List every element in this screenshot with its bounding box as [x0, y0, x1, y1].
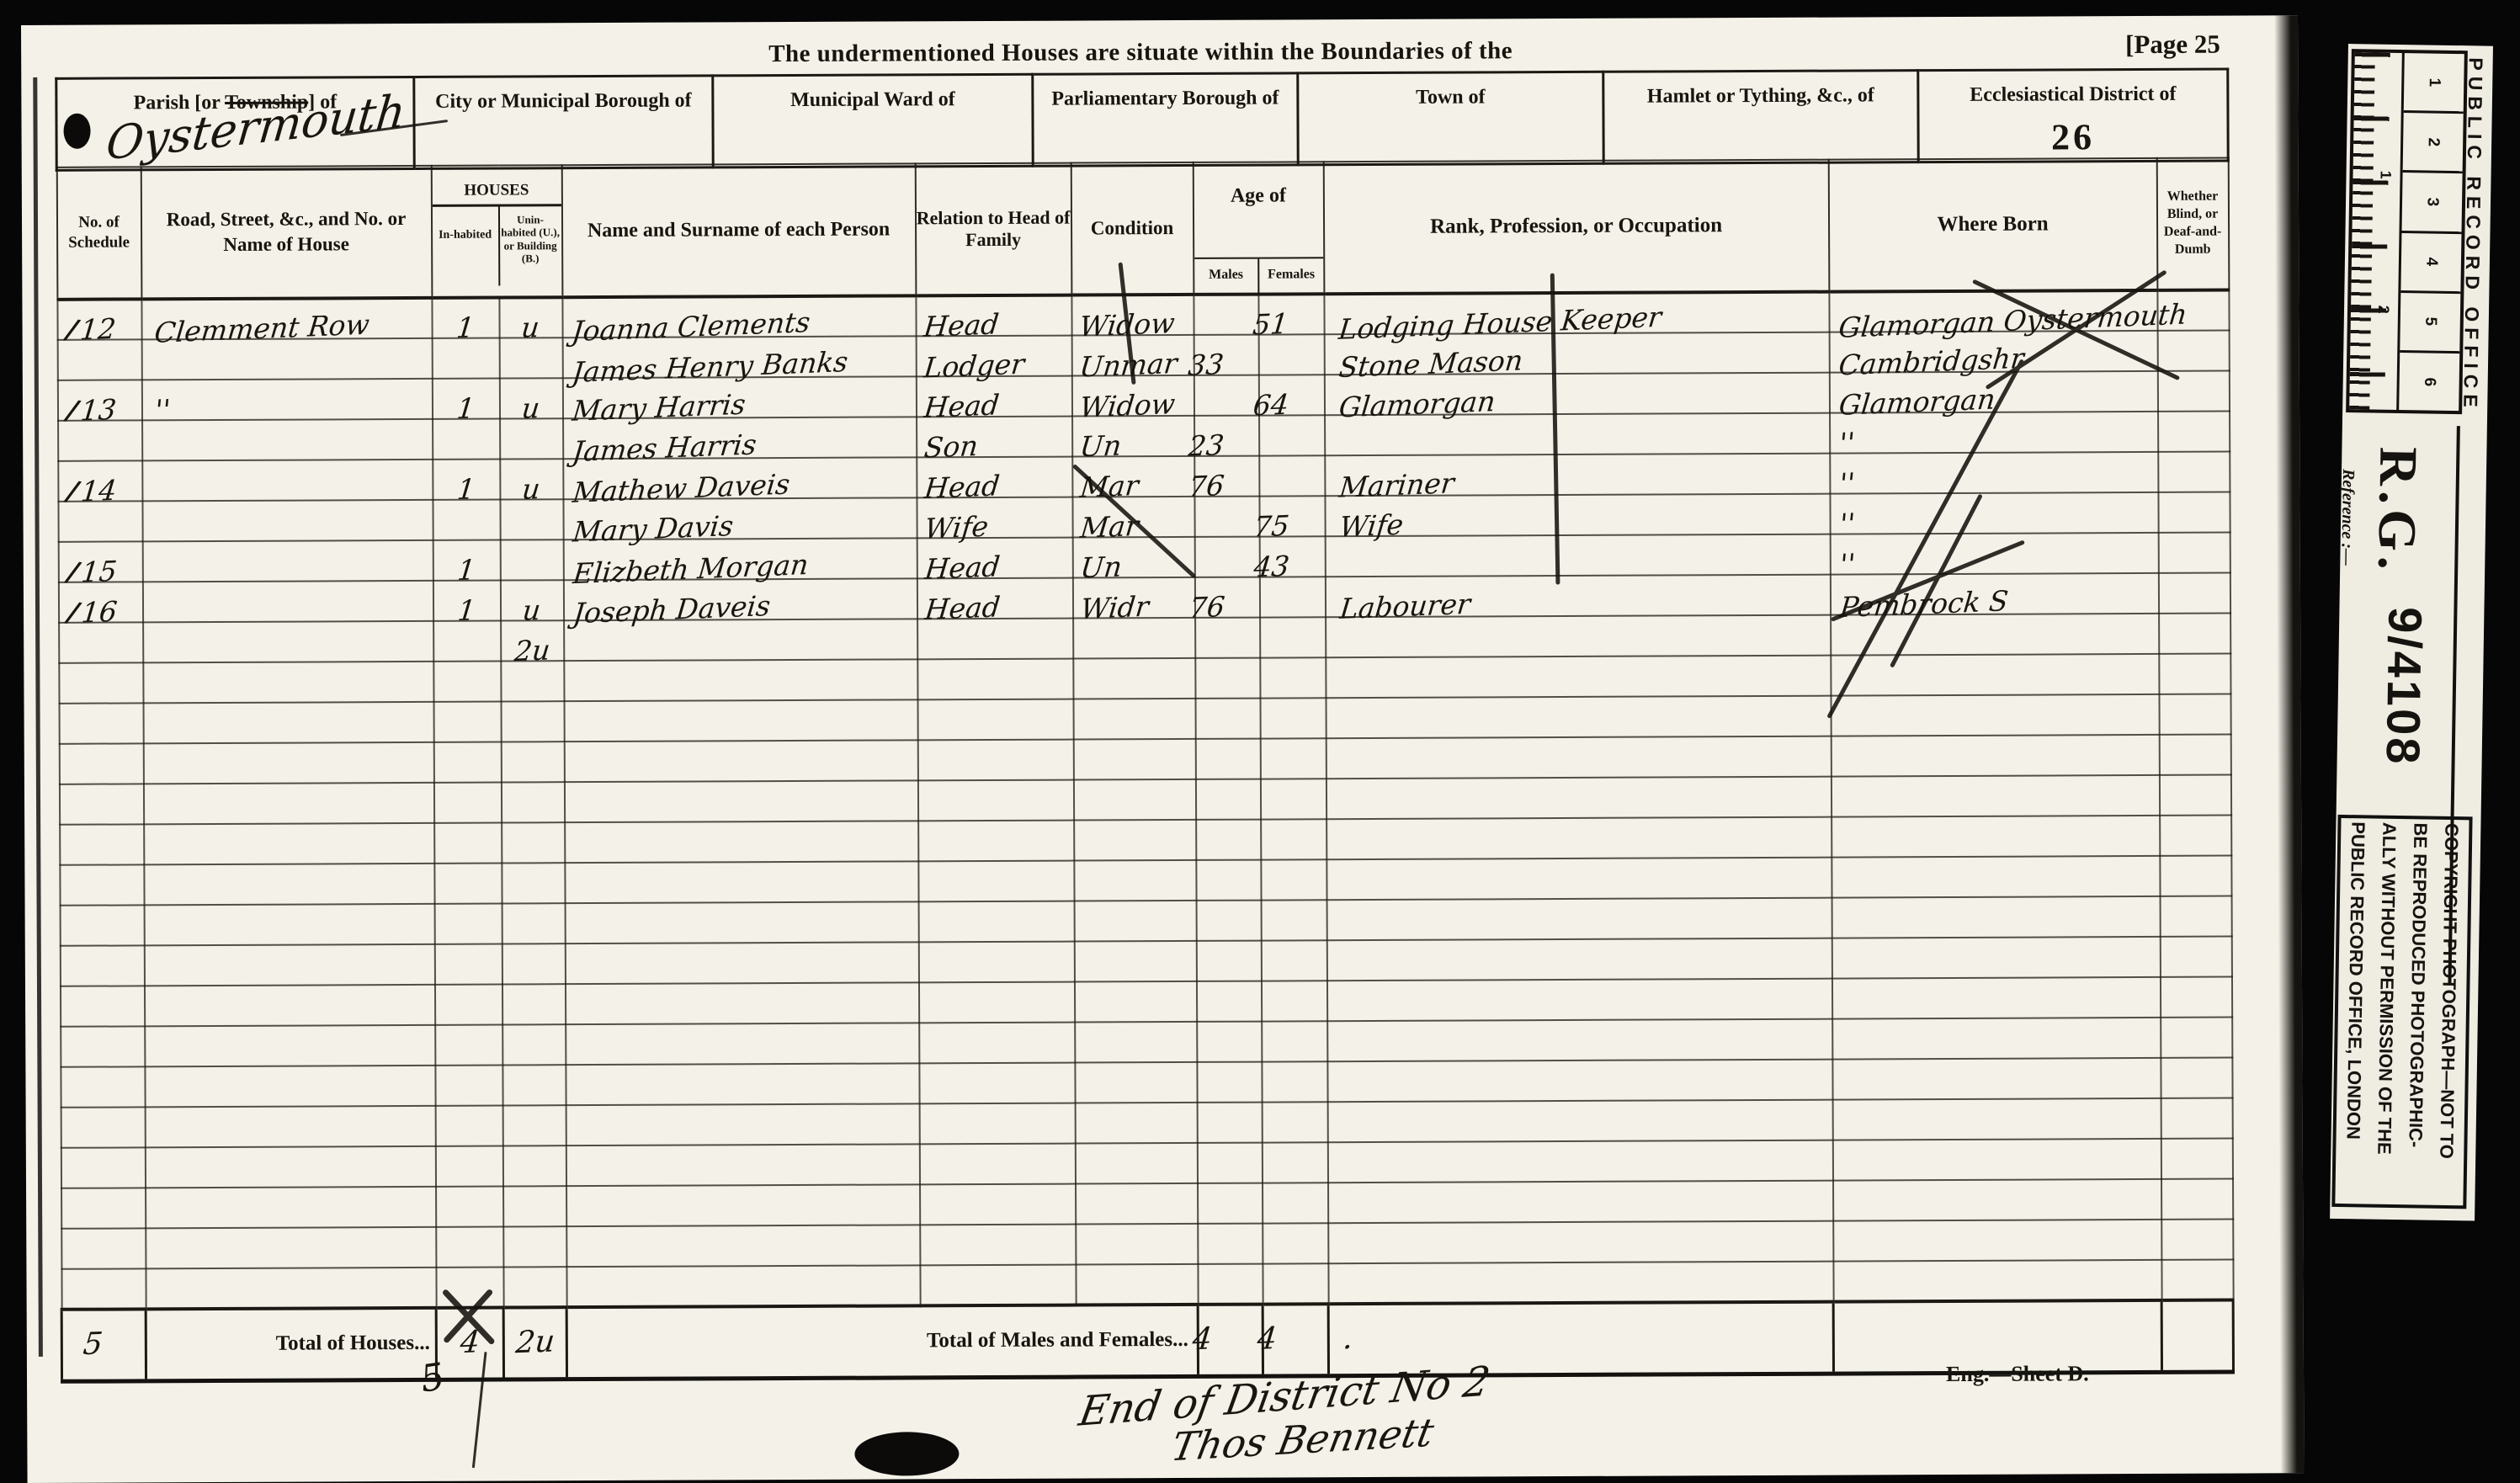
cell-uninhabited: u: [499, 378, 562, 418]
cell-occupation: Lodging House Keeper: [1324, 292, 1829, 335]
copyright-line: COPYRIGHT PHOTOGRAPH—NOT TO: [2430, 823, 2467, 1203]
ruler-number-cells: 1 2 3 4 5 6: [2399, 53, 2464, 411]
cell-road: [146, 1187, 436, 1229]
cell-inhabited: [432, 338, 499, 379]
cell-road: [143, 783, 433, 825]
cell-where-born: [1832, 816, 2160, 858]
ecclesiastical-label: Ecclesiastical District of: [1970, 83, 2176, 106]
column-headers: No. of Schedule Road, Street, &c., and N…: [56, 158, 2229, 300]
cell-inhabited: [435, 1025, 502, 1066]
cell-schedule: [61, 1066, 145, 1107]
cell-occupation: [1327, 1019, 1832, 1062]
cell-uninhabited: [502, 1024, 566, 1065]
table-row: /16 1 u Joseph Daveis Head Widr 76 Labou…: [58, 573, 2230, 623]
totals-males-cell: 4: [1198, 1305, 1263, 1376]
cell-where-born: [1833, 1179, 2161, 1221]
cell-age-male: [1195, 658, 1260, 699]
reference-label: Reference :—: [2337, 469, 2358, 566]
cell-infirmity: [2160, 856, 2231, 896]
cell-age-female: [1261, 981, 1326, 1021]
cell-age-female: [1261, 859, 1326, 900]
cell-road: [145, 1146, 435, 1188]
cell-uninhabited: [502, 903, 565, 943]
ruler-cell: 6: [2399, 353, 2459, 411]
cell-road: [144, 944, 434, 986]
total-males-females-label: Total of Males and Females...: [566, 1305, 1198, 1379]
ruler-scale-mark: 2: [2374, 306, 2392, 314]
hamlet-header-cell: Hamlet or Tything, &c., of: [1603, 71, 1918, 163]
public-record-office-stamp: PUBLIC RECORD OFFICE: [2459, 57, 2487, 424]
table-row: /12 Clemment Row 1 u Joanna Clements Hea…: [57, 290, 2229, 340]
cell-relation: [918, 821, 1074, 862]
cell-age-female: [1261, 940, 1326, 981]
cell-name: [564, 659, 917, 701]
cell-age-female: 64: [1258, 375, 1324, 415]
census-sheet: The undermentioned Houses are situate wi…: [21, 15, 2305, 1483]
cell-uninhabited: [503, 1267, 566, 1307]
cell-schedule: [61, 1147, 145, 1188]
totals-males-value: 4: [1191, 1325, 1214, 1356]
cell-road: [144, 823, 434, 865]
cell-age-female: [1262, 1142, 1327, 1183]
cell-where-born: [1832, 1098, 2161, 1140]
cell-where-born: [1832, 1058, 2161, 1100]
ink-blot: [854, 1432, 959, 1476]
cell-condition: [1074, 820, 1196, 861]
sheet-title: The undermentioned Houses are situate wi…: [55, 35, 2226, 72]
cell-inhabited: 1: [433, 581, 500, 621]
cell-road: [146, 1227, 436, 1269]
cell-name: [566, 1023, 919, 1065]
cell-name: [566, 1103, 919, 1145]
col-header-name: Name and Surname of each Person: [561, 163, 916, 297]
cell-name: Joanna Clements: [562, 295, 916, 338]
town-header-cell: Town of: [1298, 72, 1603, 164]
cell-uninhabited: 2u: [501, 620, 564, 661]
cell-where-born: [1833, 1220, 2161, 1262]
cell-road: [144, 904, 434, 946]
schedule-number: 14: [79, 476, 117, 506]
cell-uninhabited: [502, 822, 565, 863]
cell-condition: [1076, 1224, 1198, 1265]
cell-age-male: [1198, 1264, 1263, 1305]
cell-uninhabited: [503, 1226, 566, 1267]
cell-age-male: 23: [1194, 416, 1259, 456]
ruler-cell: 4: [2400, 233, 2461, 294]
cell-age-female: [1261, 819, 1326, 859]
cell-age-female: [1263, 1263, 1328, 1304]
cell-occupation: [1326, 777, 1831, 820]
cell-road: [142, 500, 433, 542]
cell-where-born: Glamorgan Oystermouth: [1829, 290, 2157, 332]
cell-where-born: [1832, 896, 2160, 938]
cell-name: [564, 699, 917, 741]
cell-where-born: '': [1830, 533, 2158, 575]
cell-infirmity: [2160, 896, 2231, 937]
cell-relation: [918, 942, 1074, 983]
cell-occupation: [1327, 1060, 1832, 1103]
ruler-cell: 3: [2401, 173, 2462, 233]
cell-infirmity: [2158, 412, 2230, 452]
schedule-number: 12: [78, 315, 116, 344]
totals-uninhabited-cell: 2u: [503, 1307, 566, 1379]
cell-infirmity: [2159, 614, 2230, 654]
copyright-notice-box: COPYRIGHT PHOTOGRAPH—NOT TO BE REPRODUCE…: [2331, 815, 2472, 1209]
cell-condition: [1074, 941, 1196, 982]
cell-age-male: 76: [1194, 577, 1259, 618]
cell-occupation: Labourer: [1325, 575, 1830, 618]
cell-age-female: 75: [1259, 496, 1325, 536]
cell-age-male: [1196, 981, 1261, 1022]
cell-inhabited: [435, 1066, 502, 1106]
cell-uninhabited: u: [500, 459, 563, 499]
cell-name: [566, 1225, 920, 1267]
col-header-females: Females: [1259, 258, 1323, 292]
cell-age-female: 51: [1258, 294, 1324, 334]
enumeration-table: No. of Schedule Road, Street, &c., and N…: [56, 157, 2235, 1384]
total-of-houses-label: Total of Houses...: [146, 1308, 436, 1381]
cell-inhabited: [436, 1187, 503, 1227]
cell-road: [145, 1025, 435, 1067]
cell-age-female: [1260, 779, 1326, 819]
city-borough-header-cell: City or Municipal Borough of: [414, 76, 713, 168]
totals-females-value: 4: [1256, 1324, 1279, 1355]
cell-road: [142, 581, 433, 623]
cell-schedule: /15: [58, 541, 142, 582]
cell-uninhabited: [500, 540, 563, 580]
cell-where-born: [1831, 654, 2159, 696]
cell-infirmity: [2160, 977, 2231, 1018]
cell-inhabited: [433, 783, 501, 823]
cell-relation: Head: [916, 295, 1071, 337]
cell-age-male: [1197, 1062, 1262, 1103]
cell-age-male: [1195, 699, 1260, 739]
totals-dot-mark: .: [1342, 1324, 1354, 1355]
cell-relation: [920, 1184, 1076, 1225]
cell-relation: [919, 1103, 1075, 1145]
cell-schedule: [61, 1107, 145, 1147]
age-group-label: Age of: [1194, 162, 1323, 258]
cell-inhabited: [436, 1268, 503, 1308]
cell-where-born: [1833, 1260, 2161, 1302]
cell-road: Clemment Row: [141, 298, 432, 340]
cell-occupation: [1326, 656, 1831, 699]
cell-name: [564, 740, 917, 782]
cell-age-female: [1260, 657, 1326, 698]
cell-inhabited: [434, 904, 502, 944]
cell-where-born: [1832, 1139, 2161, 1181]
binding-rule: [33, 77, 43, 1357]
cell-relation: [917, 659, 1073, 700]
cell-uninhabited: [502, 943, 565, 984]
cell-condition: Widow: [1071, 295, 1194, 336]
cell-schedule: [61, 1188, 146, 1228]
cell-condition: [1075, 1143, 1197, 1184]
cell-inhabited: [436, 1227, 503, 1268]
cell-name: [566, 1144, 919, 1186]
census-rows: /12 Clemment Row 1 u Joanna Clements Hea…: [57, 290, 2233, 1310]
cell-road: [142, 419, 433, 461]
copyright-line: BE REPRODUCED PHOTOGRAPHIC-: [2399, 822, 2436, 1202]
cell-where-born: [1831, 735, 2159, 777]
cell-age-male: [1195, 739, 1260, 779]
cell-relation: [920, 1225, 1076, 1266]
cell-infirmity: [2161, 1260, 2233, 1300]
cell-uninhabited: [502, 863, 565, 903]
cell-age-male: [1195, 779, 1260, 820]
col-header-males: Males: [1194, 259, 1260, 293]
cell-road: [143, 702, 433, 744]
cell-condition: [1073, 658, 1195, 699]
cell-name: [565, 901, 918, 943]
record-group-stamp: R.G.: [2365, 446, 2429, 575]
cell-where-born: '': [1830, 452, 2158, 494]
cell-inhabited: 1: [432, 379, 499, 419]
cell-occupation: [1328, 1181, 1833, 1224]
col-header-houses-group: HOUSES In-habited Unin-habited (U.), or …: [431, 165, 562, 298]
totals-inhabited-cell: 4: [436, 1308, 503, 1379]
cell-condition: [1074, 860, 1196, 901]
cell-occupation: [1326, 696, 1831, 739]
cell-condition: [1075, 1103, 1197, 1144]
cell-occupation: Mariner: [1325, 454, 1830, 497]
municipal-ward-header-cell: Municipal Ward of: [713, 74, 1033, 167]
totals-row: 5 Total of Houses... 4 2u Total of Males…: [61, 1300, 2233, 1381]
cell-schedule: [59, 703, 143, 743]
cell-age-male: [1196, 820, 1261, 860]
cell-schedule: [60, 864, 144, 905]
cell-schedule: [60, 945, 144, 986]
cell-condition: [1076, 1183, 1198, 1225]
copyright-line: ALLY WITHOUT PERMISSION OF THE: [2368, 822, 2405, 1202]
cell-infirmity: [2161, 1220, 2233, 1260]
cell-occupation: [1328, 1221, 1833, 1264]
cell-road: [144, 864, 434, 906]
ruler-cell: 1: [2404, 53, 2464, 114]
cell-condition: [1074, 981, 1196, 1023]
cell-condition: [1073, 699, 1195, 740]
cell-uninhabited: [500, 499, 563, 540]
ruler-cell: 2: [2403, 113, 2464, 173]
cell-infirmity: [2160, 816, 2231, 856]
cell-age-female: [1259, 455, 1325, 496]
cell-uninhabited: u: [499, 297, 562, 338]
cell-uninhabited: [501, 741, 564, 782]
cell-inhabited: [434, 864, 502, 904]
cell-schedule: [59, 743, 143, 784]
cell-name: [566, 1063, 919, 1105]
cell-name: [565, 982, 918, 1024]
cell-where-born: '': [1830, 492, 2158, 534]
col-header-relation: Relation to Head of Family: [915, 163, 1071, 296]
cell-infirmity: [2158, 492, 2230, 533]
cell-inhabited: [435, 1106, 502, 1146]
cell-infirmity: [2159, 735, 2230, 775]
cell-age-male: [1198, 1183, 1263, 1224]
schedule-number: 15: [80, 557, 118, 587]
totals-schedule-mark-cell: 5: [61, 1309, 146, 1380]
archive-reference-strip: 1 2 1 2 3 4 5 6 PUBLIC RECORD OFFICE Ref…: [2330, 44, 2493, 1221]
cell-age-female: [1260, 738, 1326, 779]
ecclesiastical-district-header-cell: Ecclesiastical District of 26: [1918, 69, 2228, 162]
col-header-age-group: Age of Males Females: [1193, 162, 1324, 295]
ruler-scale-mark: 1: [2376, 171, 2394, 179]
cell-occupation: [1326, 736, 1831, 779]
cell-road: [142, 540, 433, 582]
cell-relation: [918, 861, 1074, 902]
cell-age-male: [1194, 295, 1258, 335]
cell-infirmity: [2157, 331, 2229, 371]
cell-infirmity: [2158, 533, 2230, 573]
cell-name: [564, 780, 917, 822]
page-number-label: [Page 25: [2125, 29, 2220, 60]
cell-name: [565, 821, 918, 863]
cell-uninhabited: [501, 782, 564, 822]
col-header-where-born: Where Born: [1828, 158, 2157, 292]
cell-inhabited: 1: [433, 460, 500, 500]
cell-occupation: [1326, 858, 1832, 901]
piece-number-stamp: 9/4108: [2376, 607, 2433, 767]
cell-infirmity: [2161, 1139, 2232, 1179]
cell-uninhabited: u: [500, 580, 563, 620]
cell-infirmity: [2161, 1018, 2232, 1058]
cell-inhabited: [433, 662, 501, 702]
cell-age-male: [1197, 1103, 1262, 1143]
cell-where-born: Pembrock S: [1830, 573, 2158, 615]
totals-females-cell: 4: [1263, 1304, 1328, 1375]
cell-where-born: [1832, 937, 2160, 979]
cell-age-male: [1194, 537, 1259, 577]
cell-condition: [1073, 739, 1195, 780]
cell-age-male: [1196, 941, 1261, 981]
cell-occupation: [1326, 898, 1832, 941]
cell-schedule: [60, 986, 144, 1026]
cell-age-female: [1260, 617, 1326, 657]
cell-road: [146, 1268, 436, 1310]
cell-uninhabited: [502, 984, 565, 1024]
cell-where-born: [1832, 856, 2160, 898]
col-header-condition: Condition: [1071, 162, 1194, 295]
cell-age-male: [1197, 1143, 1262, 1183]
cell-age-female: [1261, 900, 1326, 940]
cell-schedule: /14: [58, 460, 142, 501]
totals-infirmity-cell: [2161, 1300, 2233, 1372]
ruler-cell: 5: [2400, 293, 2460, 353]
cell-schedule: [60, 824, 144, 864]
cell-inhabited: [434, 944, 502, 985]
cell-relation: [917, 780, 1073, 821]
cell-infirmity: [2158, 573, 2230, 614]
sheet-code-label: Eng.—Sheet D.: [1946, 1361, 2089, 1387]
cell-age-female: [1263, 1183, 1328, 1223]
cell-condition: [1074, 901, 1196, 942]
cell-uninhabited: [499, 338, 562, 378]
cell-occupation: [1326, 979, 1832, 1022]
cell-infirmity: [2161, 1098, 2232, 1139]
cell-age-female: [1260, 698, 1326, 738]
cell-age-female: [1262, 1021, 1327, 1061]
cell-schedule: [61, 1268, 146, 1309]
cell-infirmity: [2159, 654, 2230, 694]
ruler-stamp: 1 2 1 2 3 4 5 6: [2346, 49, 2468, 414]
cell-schedule: [59, 662, 143, 703]
cell-where-born: [1831, 694, 2159, 736]
col-header-infirmity: Whether Blind, or Deaf-and-Dumb: [2156, 158, 2229, 290]
cell-relation: [918, 982, 1074, 1023]
cell-uninhabited: [500, 418, 563, 459]
cell-relation: [919, 1063, 1075, 1104]
cell-inhabited: 1: [432, 298, 499, 338]
cell-infirmity: [2159, 775, 2230, 816]
cell-where-born: [1832, 977, 2160, 1019]
totals-schedule-mark: 5: [82, 1329, 104, 1360]
cell-inhabited: [433, 500, 500, 540]
cell-age-female: [1262, 1061, 1327, 1102]
ecclesiastical-district-number: 26: [1919, 114, 2226, 160]
cell-age-male: 33: [1194, 335, 1258, 375]
cell-age-female: [1262, 1102, 1327, 1142]
cell-road: [145, 1106, 435, 1148]
col-header-inhabited: In-habited: [432, 206, 499, 285]
cell-schedule: [60, 905, 144, 945]
cell-relation: [917, 740, 1073, 781]
cell-uninhabited: [501, 661, 564, 701]
cell-relation: [917, 699, 1073, 741]
cell-road: [143, 621, 433, 663]
ruler-ticks: 1 2: [2349, 52, 2405, 410]
cell-condition: [1076, 1264, 1198, 1305]
cell-infirmity: [2157, 371, 2229, 412]
cell-schedule: /12: [57, 299, 141, 339]
cell-relation: [919, 1144, 1075, 1185]
cell-road: '': [141, 379, 432, 421]
cell-relation: [918, 901, 1074, 943]
cell-road: [142, 460, 433, 502]
cell-name: [566, 1184, 920, 1226]
cell-inhabited: [434, 823, 502, 864]
cell-age-female: [1263, 1223, 1328, 1263]
cell-occupation: [1327, 1140, 1832, 1183]
cell-inhabited: [433, 419, 500, 460]
cell-age-male: [1198, 1224, 1263, 1264]
cell-age-male: [1197, 1022, 1262, 1062]
cell-occupation: [1327, 1100, 1832, 1143]
cell-occupation: [1326, 938, 1832, 981]
col-header-road: Road, Street, &c., and No. or Name of Ho…: [141, 166, 432, 300]
cell-uninhabited: [503, 1186, 566, 1226]
cell-uninhabited: [502, 1065, 566, 1105]
cell-schedule: [61, 1228, 146, 1268]
schedule-number: 13: [79, 396, 117, 425]
col-header-occupation: Rank, Profession, or Occupation: [1323, 160, 1829, 295]
cell-infirmity: [2161, 1179, 2233, 1220]
cell-age-male: [1196, 901, 1261, 941]
cell-schedule: [59, 784, 143, 824]
cell-infirmity: [2158, 452, 2230, 492]
cell-infirmity: [2160, 937, 2231, 977]
cell-occupation: [1326, 817, 1832, 860]
cell-inhabited: 1: [433, 540, 500, 581]
col-header-uninhabited: Unin-habited (U.), or Building (B.): [499, 206, 561, 285]
cell-infirmity: [2159, 694, 2230, 735]
totals-inhabited-value: 4: [459, 1327, 481, 1358]
cell-where-born: [1832, 1018, 2161, 1060]
cell-schedule: /13: [57, 380, 141, 420]
houses-group-label: HOUSES: [432, 177, 561, 207]
cell-road: [143, 662, 433, 704]
cell-schedule: [61, 1026, 145, 1066]
cell-inhabited: [435, 1146, 502, 1187]
